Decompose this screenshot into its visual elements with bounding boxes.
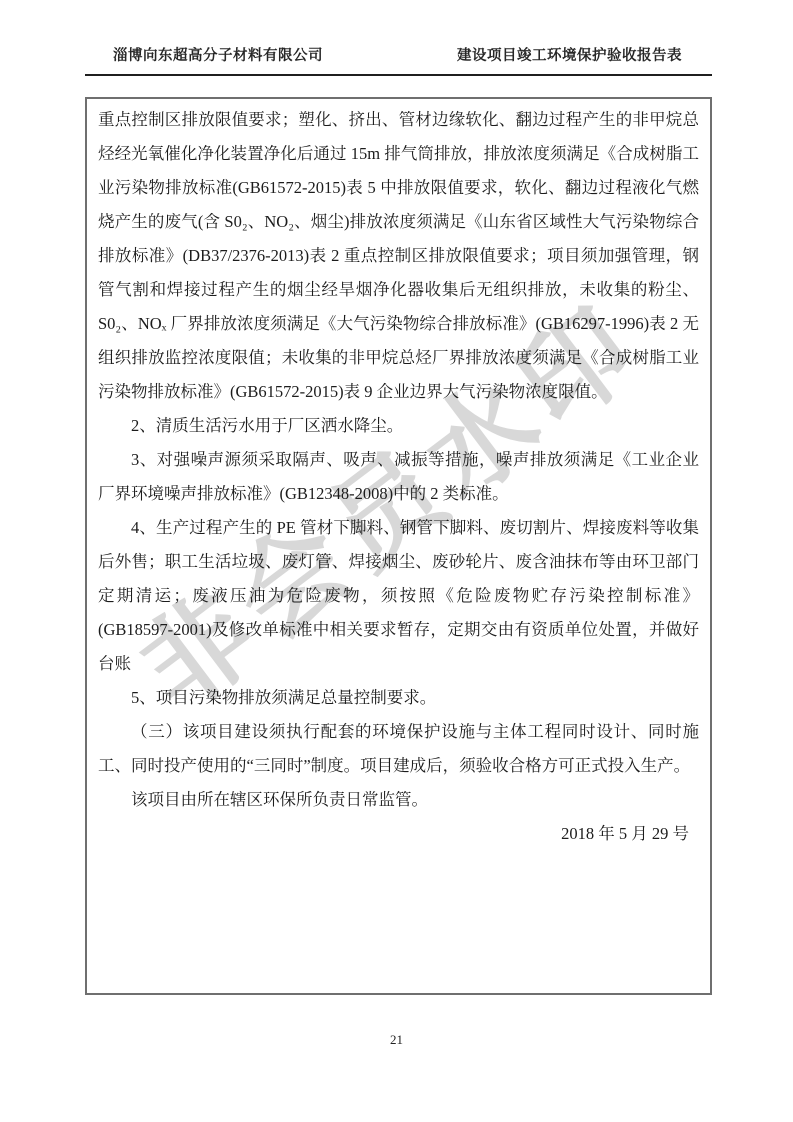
header-company-name: 淄博向东超高分子材料有限公司 — [113, 44, 323, 65]
paragraph-three-simultaneous: （三）该项目建设须执行配套的环境保护设施与主体工程同时设计、同时施工、同时投产使… — [98, 715, 699, 783]
header-divider — [85, 74, 712, 76]
page-footer: 21 — [0, 1032, 793, 1048]
page-number: 21 — [390, 1032, 403, 1047]
paragraph-air-emission-requirements: 重点控制区排放限值要求；塑化、挤出、管材边缘软化、翻边过程产生的非甲烷总烃经光氧… — [98, 103, 699, 409]
header-report-title: 建设项目竣工环境保护验收报告表 — [457, 44, 682, 65]
paragraph-daily-supervision: 该项目由所在辖区环保所负责日常监管。 — [98, 783, 699, 817]
paragraph-noise: 3、对强噪声源须采取隔声、吸声、减振等措施，噪声排放须满足《工业企业厂界环境噪声… — [98, 443, 699, 511]
paragraph-total-quantity-control: 5、项目污染物排放须满足总量控制要求。 — [98, 681, 699, 715]
paragraph-wastewater: 2、清质生活污水用于厂区洒水降尘。 — [98, 409, 699, 443]
page-header: 淄博向东超高分子材料有限公司 建设项目竣工环境保护验收报告表 — [85, 44, 712, 65]
paragraph-solid-waste: 4、生产过程产生的 PE 管材下脚料、钢管下脚料、废切割片、焊接废料等收集后外售… — [98, 511, 699, 681]
content-box: 重点控制区排放限值要求；塑化、挤出、管材边缘软化、翻边过程产生的非甲烷总烃经光氧… — [85, 97, 712, 995]
document-date: 2018 年 5 月 29 号 — [98, 817, 699, 851]
